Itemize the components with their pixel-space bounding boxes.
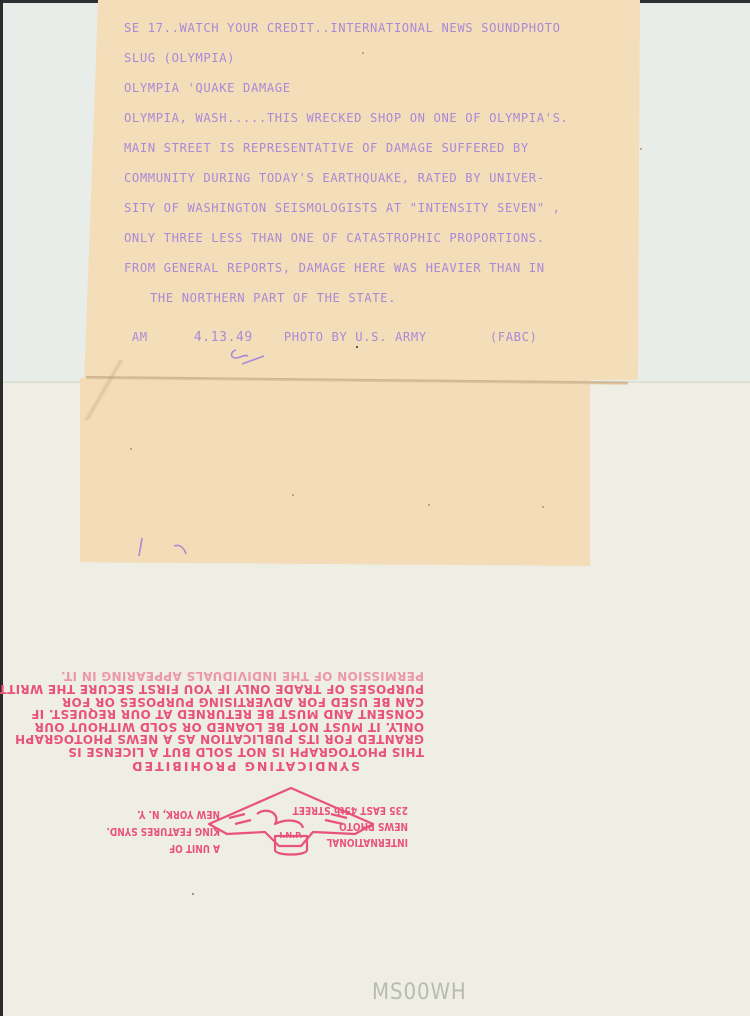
photo-credit: PHOTO BY U.S. ARMY (284, 330, 490, 344)
stamp-notice-line: CONSENT AND MUST BE RETURNED AT OUR REQU… (44, 708, 424, 721)
edition-code: AM (132, 330, 194, 344)
caption-line: SE 17..WATCH YOUR CREDIT..INTERNATIONAL … (124, 18, 624, 48)
stamp-notice-line: PURPOSES OF TRADE ONLY IF YOU FIRST SECU… (44, 682, 424, 695)
stamp-unit-line: KING FEATURES SYND. (106, 822, 220, 839)
stamp-heading: SYNDICATING PROHIBITED (130, 759, 360, 774)
stamp-agency-line: INTERNATIONAL (293, 834, 408, 850)
caption-line: ONLY THREE LESS THAN ONE OF CATASTROPHIC… (124, 228, 624, 258)
stamp-notice-line: ONLY. IT MUST NOT BE LOANED OR SOLD WITH… (44, 720, 424, 733)
caption-line: SLUG (OLYMPIA) (124, 48, 624, 78)
stamp-unit-line: NEW YORK, N. Y. (106, 805, 220, 822)
handwritten-initial-mark (226, 346, 270, 368)
pencil-inventory-note: MS00WH (372, 980, 467, 1005)
stamp-unit-of-kfs: A UNIT OFKING FEATURES SYND.NEW YORK, N.… (106, 805, 220, 856)
agency-stamp: A UNIT OFKING FEATURES SYND.NEW YORK, N.… (40, 620, 640, 860)
stamp-notice-line: GRANTED FOR ITS PUBLICATION AS A NEWS PH… (44, 733, 424, 746)
stamp-agency-address: INTERNATIONALNEWS PHOTO235 EAST 45th STR… (293, 802, 408, 850)
stamp-notice-line: PERMISSION OF THE INDIVIDUALS APPEARING … (44, 670, 424, 683)
caption-text: SE 17..WATCH YOUR CREDIT..INTERNATIONAL … (124, 18, 624, 318)
stamp-license-notice: THIS PHOTOGRAPH IS NOT SOLD BUT A LICENS… (44, 670, 424, 758)
caption-line: OLYMPIA, WASH.....THIS WRECKED SHOP ON O… (124, 108, 624, 138)
stamp-unit-line: A UNIT OF (106, 839, 220, 856)
stamp-agency-line: 235 EAST 45th STREET (293, 802, 408, 818)
caption-line: OLYMPIA 'QUAKE DAMAGE (124, 78, 624, 108)
caption-line: MAIN STREET IS REPRESENTATIVE OF DAMAGE … (124, 138, 624, 168)
pen-marks (134, 534, 194, 564)
caption-credit-line: AM4.13.49PHOTO BY U.S. ARMY(FABC) (116, 316, 538, 345)
fold-corner (84, 360, 124, 420)
caption-line: COMMUNITY DURING TODAY'S EARTHQUAKE, RAT… (124, 168, 624, 198)
caption-line: SITY OF WASHINGTON SEISMOLOGISTS AT "INT… (124, 198, 624, 228)
stamp-agency-line: NEWS PHOTO (293, 818, 408, 834)
caption-line: THE NORTHERN PART OF THE STATE. (124, 288, 624, 318)
stamp-notice-line: CAN BE USED FOR ADVERTISING PURPOSES OR … (44, 695, 424, 708)
caption-date: 4.13.49 (194, 330, 284, 345)
stamp-notice-line: THIS PHOTOGRAPH IS NOT SOLD BUT A LICENS… (44, 745, 424, 758)
transmission-code: (FABC) (490, 330, 538, 344)
caption-line: FROM GENERAL REPORTS, DAMAGE HERE WAS HE… (124, 258, 624, 288)
